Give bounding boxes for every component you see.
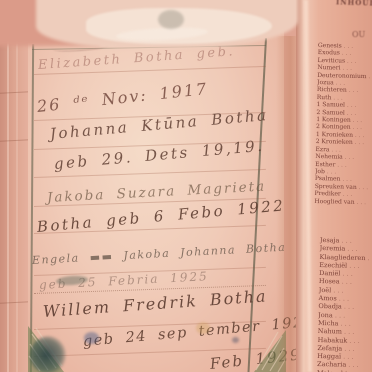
book-left-edge (0, 0, 30, 372)
ink-dot (232, 337, 239, 343)
ink-blot-large (30, 336, 66, 372)
register-frame-left (30, 44, 34, 372)
page-edge-streak (7, 0, 9, 372)
section-label-fragment: OU (352, 30, 365, 39)
page-edge-streak (16, 0, 18, 372)
family-register-page: Elizabeth Botha geb. 26 ᵈᵉ Nov: 1917 Joh… (28, 0, 284, 372)
entry-name-johanna: Johanna Ktūna Botha (49, 106, 269, 143)
book-name: Hooglied van (314, 197, 368, 206)
bible-family-register-photo: Elizabeth Botha geb. 26 ᵈᵉ Nov: 1917 Joh… (0, 0, 372, 372)
bible-books-list-part2: JesajaJeremiaKlaagliederenEzechiëlDaniël… (317, 236, 372, 372)
entry-name-engela-pencil: Engela ▬▬ Jakoba Johanna Botha (32, 241, 287, 267)
entry-date-1919: geb 29. Dets 19,19. (53, 137, 265, 173)
entry-date-1917: 26 ᵈᵉ Nov: 1917 (36, 79, 209, 116)
ink-blot-small (84, 332, 99, 344)
paper-stain (196, 322, 210, 334)
bible-books-list-part1: GenesisExodusLeviticusNumeriDeuteronomiu… (314, 42, 372, 206)
gray-smudge (158, 10, 184, 29)
page-fold-highlight (304, 0, 312, 372)
